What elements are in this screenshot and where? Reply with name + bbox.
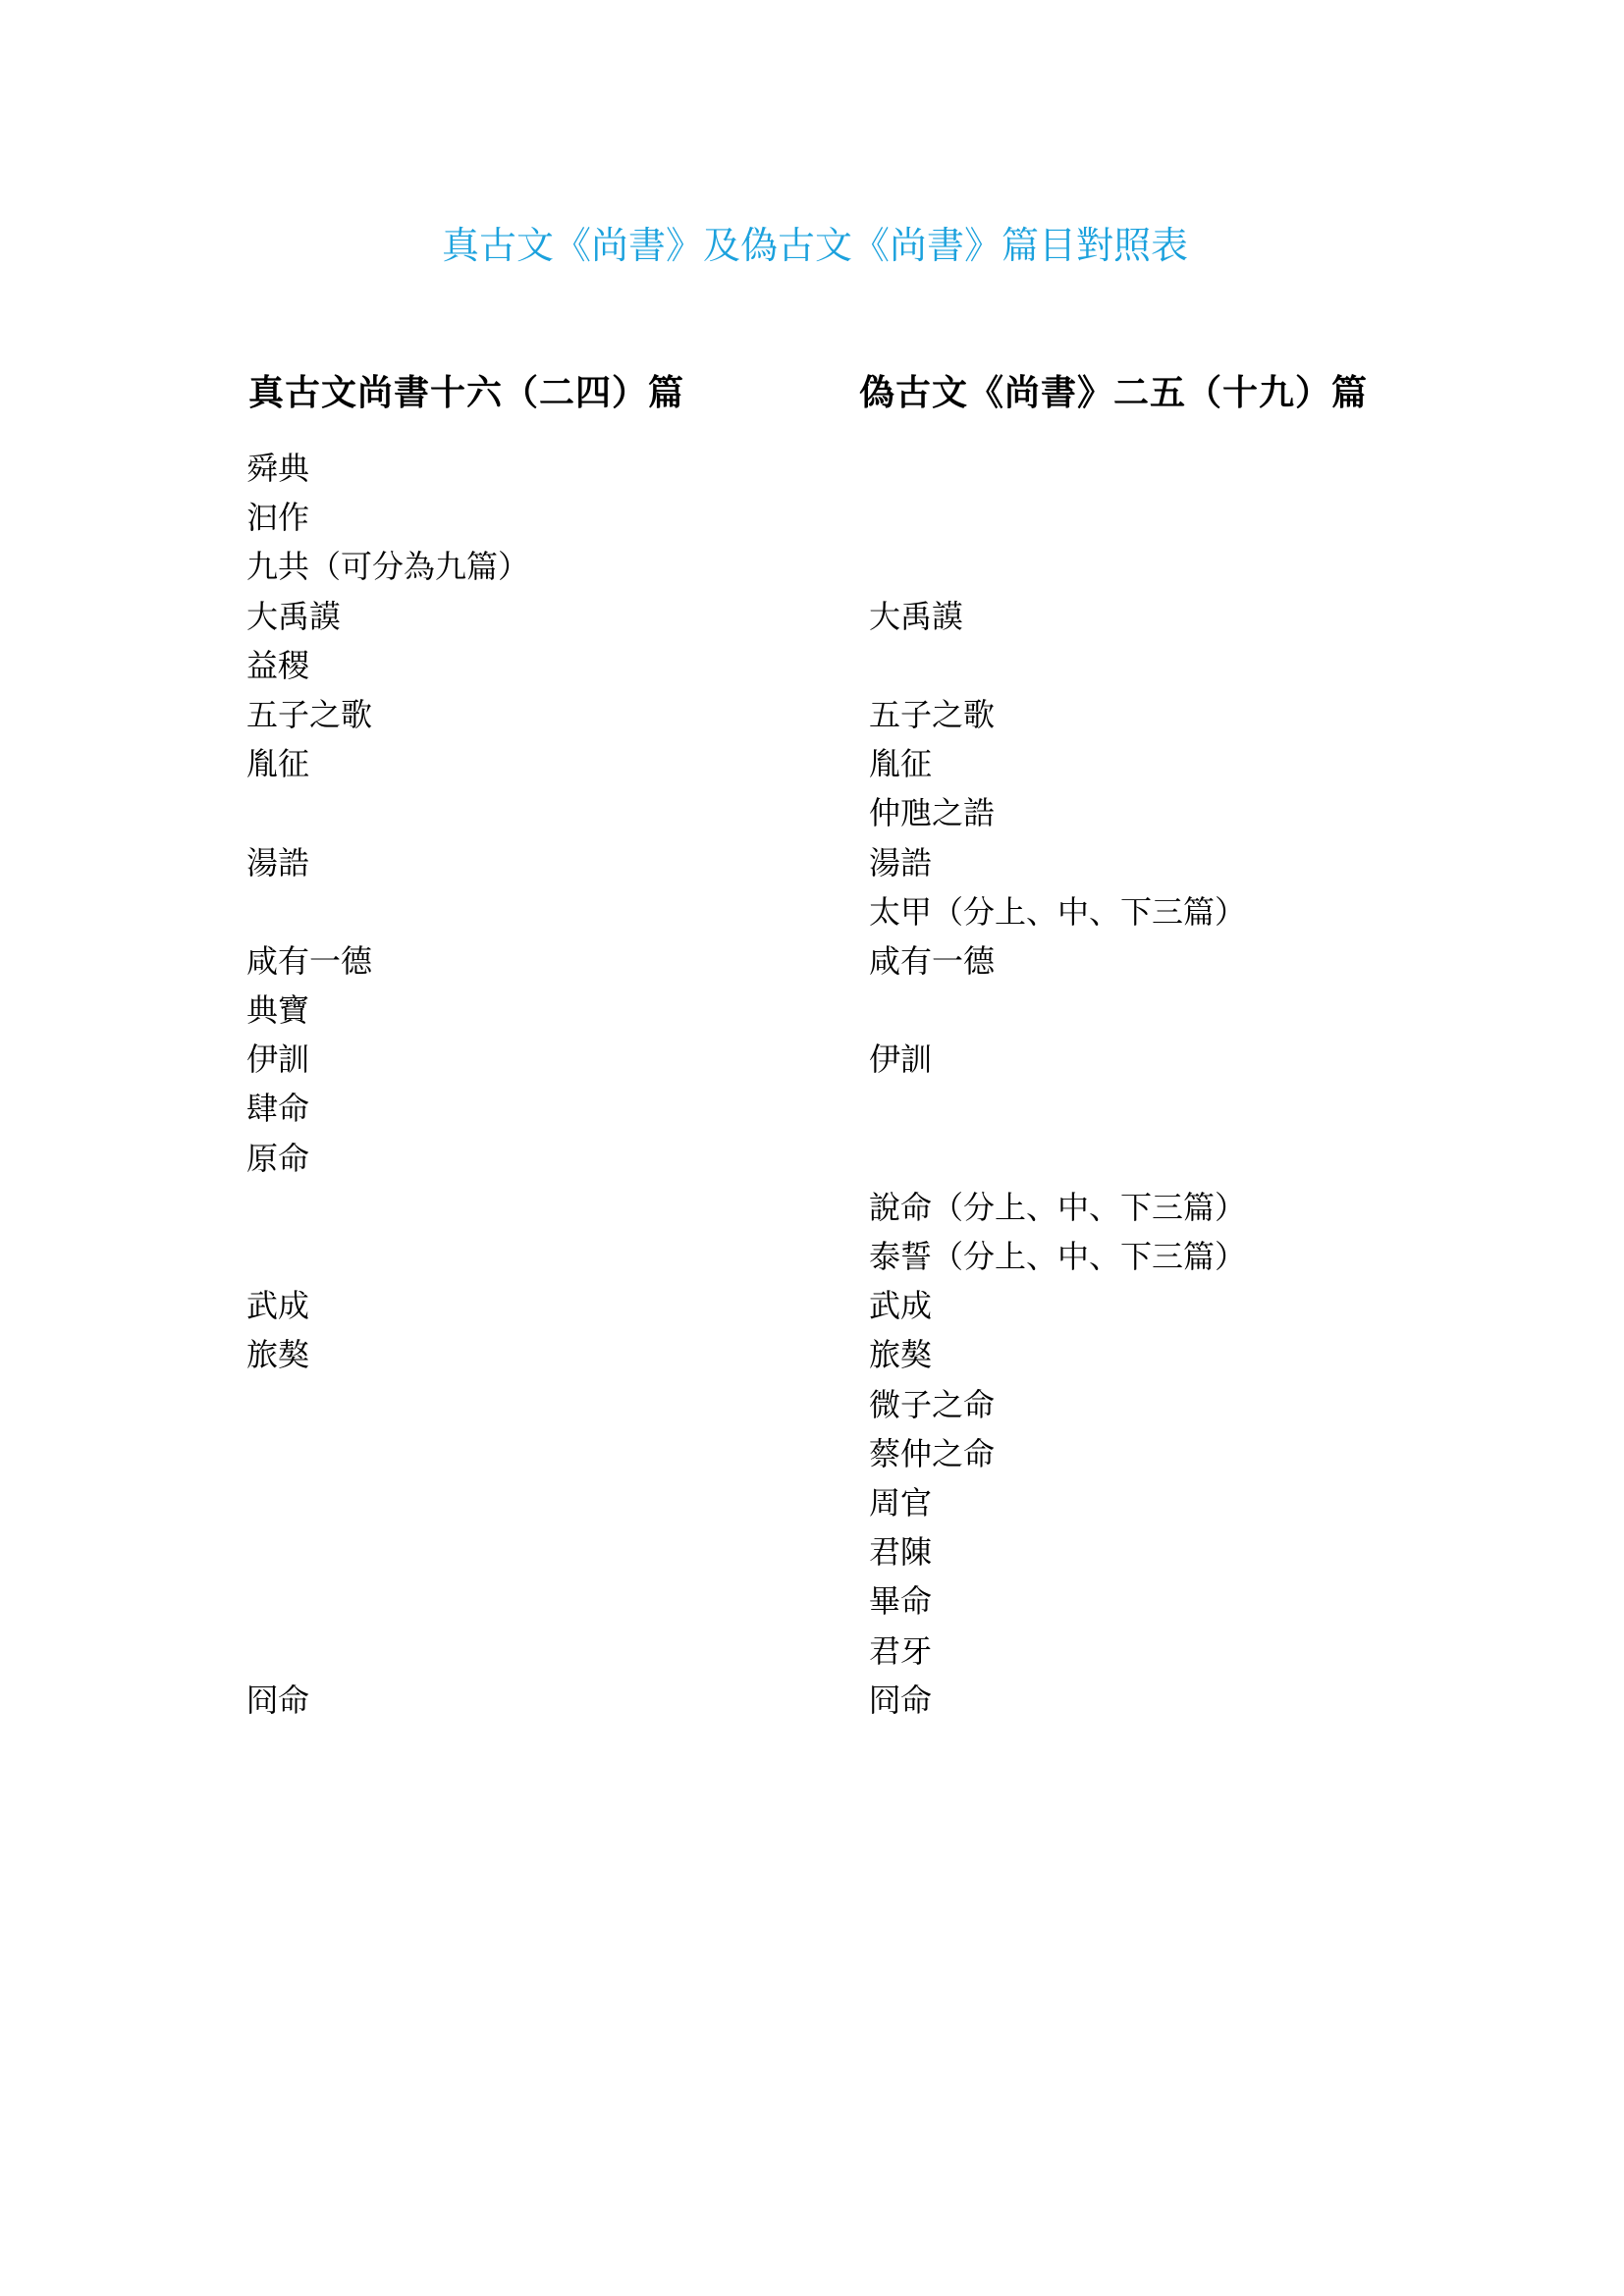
authentic-chapter: 九共（可分為九篇） [246, 545, 529, 588]
table-row: 肆命 [0, 1087, 1624, 1136]
forged-chapter: 泰誓（分上、中、下三篇） [869, 1235, 1246, 1278]
table-row: 旅獒旅獒 [0, 1333, 1624, 1382]
forged-chapter: 咸有一德 [869, 939, 995, 983]
forged-chapter: 冏命 [869, 1679, 932, 1722]
authentic-chapter: 舜典 [246, 447, 309, 490]
forged-chapter: 蔡仲之命 [869, 1432, 995, 1475]
document-title: 真古文《尚書》及偽古文《尚書》篇目對照表 [0, 222, 1624, 269]
forged-chapter: 太甲（分上、中、下三篇） [869, 890, 1246, 934]
column-header-forged: 偽古文《尚書》二五（十九）篇 [859, 369, 1368, 416]
comparison-table: 舜典 汩作 九共（可分為九篇） 大禹謨大禹謨 益稷 五子之歌五子之歌 胤征胤征 … [0, 447, 1624, 1728]
table-row: 微子之命 [0, 1383, 1624, 1432]
document-page: 真古文《尚書》及偽古文《尚書》篇目對照表 真古文尚書十六（二四）篇 偽古文《尚書… [0, 0, 1624, 2296]
table-row: 湯誥湯誥 [0, 841, 1624, 890]
table-row: 伊訓伊訓 [0, 1038, 1624, 1087]
table-row: 胤征胤征 [0, 742, 1624, 791]
forged-chapter: 武成 [869, 1284, 932, 1327]
forged-chapter: 胤征 [869, 742, 932, 785]
authentic-chapter: 伊訓 [246, 1038, 309, 1081]
forged-chapter: 畢命 [869, 1579, 932, 1623]
authentic-chapter: 湯誥 [246, 841, 309, 884]
forged-chapter: 伊訓 [869, 1038, 932, 1081]
column-header-authentic: 真古文尚書十六（二四）篇 [248, 369, 684, 416]
authentic-chapter: 原命 [246, 1137, 309, 1180]
authentic-chapter: 咸有一德 [246, 939, 372, 983]
authentic-chapter: 汩作 [246, 496, 309, 539]
table-row: 五子之歌五子之歌 [0, 693, 1624, 742]
table-row: 舜典 [0, 447, 1624, 496]
authentic-chapter: 冏命 [246, 1679, 309, 1722]
table-row: 九共（可分為九篇） [0, 545, 1624, 594]
table-row: 典寶 [0, 988, 1624, 1038]
authentic-chapter: 益稷 [246, 644, 309, 687]
table-row: 仲虺之誥 [0, 791, 1624, 840]
forged-chapter: 周官 [869, 1481, 932, 1524]
table-row: 武成武成 [0, 1284, 1624, 1333]
authentic-chapter: 五子之歌 [246, 693, 372, 736]
table-row: 太甲（分上、中、下三篇） [0, 890, 1624, 939]
table-row: 冏命冏命 [0, 1679, 1624, 1728]
table-row: 原命 [0, 1137, 1624, 1186]
forged-chapter: 微子之命 [869, 1383, 995, 1426]
table-row: 君牙 [0, 1629, 1624, 1679]
table-row: 君陳 [0, 1530, 1624, 1579]
table-row: 汩作 [0, 496, 1624, 545]
forged-chapter: 仲虺之誥 [869, 791, 995, 834]
table-row: 畢命 [0, 1579, 1624, 1629]
table-row: 大禹謨大禹謨 [0, 595, 1624, 644]
authentic-chapter: 典寶 [246, 988, 309, 1032]
table-row: 蔡仲之命 [0, 1432, 1624, 1481]
authentic-chapter: 肆命 [246, 1087, 309, 1130]
table-row: 周官 [0, 1481, 1624, 1530]
forged-chapter: 旅獒 [869, 1333, 932, 1376]
forged-chapter: 說命（分上、中、下三篇） [869, 1186, 1246, 1229]
forged-chapter: 大禹謨 [869, 595, 963, 638]
table-row: 咸有一德咸有一德 [0, 939, 1624, 988]
table-row: 益稷 [0, 644, 1624, 693]
authentic-chapter: 武成 [246, 1284, 309, 1327]
forged-chapter: 君牙 [869, 1629, 932, 1673]
authentic-chapter: 大禹謨 [246, 595, 341, 638]
forged-chapter: 湯誥 [869, 841, 932, 884]
forged-chapter: 五子之歌 [869, 693, 995, 736]
authentic-chapter: 胤征 [246, 742, 309, 785]
forged-chapter: 君陳 [869, 1530, 932, 1574]
table-row: 泰誓（分上、中、下三篇） [0, 1235, 1624, 1284]
authentic-chapter: 旅獒 [246, 1333, 309, 1376]
table-row: 說命（分上、中、下三篇） [0, 1186, 1624, 1235]
